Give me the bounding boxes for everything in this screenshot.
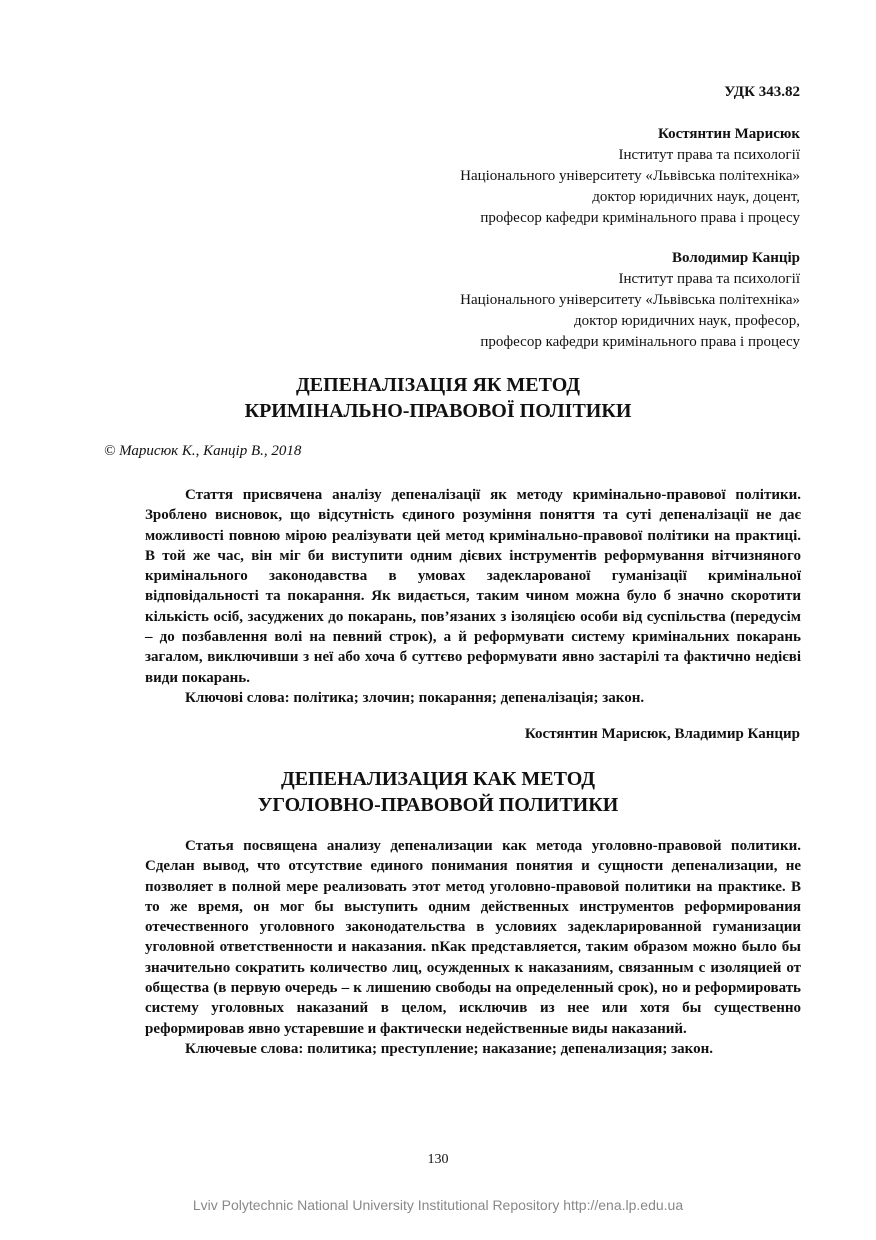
author-affiliation: Національного університету «Львівська по… xyxy=(460,166,800,187)
author-block-2: Володимир Канцір Інститут права та психо… xyxy=(460,248,800,353)
repository-footer: Lviv Polytechnic National University Ins… xyxy=(0,1197,876,1213)
abstract-ru: Статья посвящена анализу депенализации к… xyxy=(145,836,801,1059)
document-page: УДК 343.82 Костянтин Марисюк Інститут пр… xyxy=(0,0,876,1240)
keywords: Ключові слова: політика; злочин; покаран… xyxy=(145,688,801,708)
abstract-text: Статья посвящена анализу депенализации к… xyxy=(145,836,801,1039)
abstract-text: Стаття присвячена аналізу депеналізації … xyxy=(145,485,801,688)
title-line: ДЕПЕНАЛИЗАЦИЯ КАК МЕТОД xyxy=(0,766,876,792)
keywords: Ключевые слова: политика; преступление; … xyxy=(145,1039,801,1059)
title-line: ДЕПЕНАЛІЗАЦІЯ ЯК МЕТОД xyxy=(0,372,876,398)
abstract-ua: Стаття присвячена аналізу депеналізації … xyxy=(145,485,801,708)
author-position: професор кафедри кримінального права і п… xyxy=(460,208,800,229)
article-title-ua: ДЕПЕНАЛІЗАЦІЯ ЯК МЕТОД КРИМІНАЛЬНО-ПРАВО… xyxy=(0,372,876,424)
author-name: Володимир Канцір xyxy=(460,248,800,269)
author-position: професор кафедри кримінального права і п… xyxy=(460,332,800,353)
page-number: 130 xyxy=(0,1152,876,1168)
title-line: УГОЛОВНО-ПРАВОВОЙ ПОЛИТИКИ xyxy=(0,792,876,818)
author-name: Костянтин Марисюк xyxy=(460,124,800,145)
author-affiliation: Інститут права та психології xyxy=(460,269,800,290)
author-degree: доктор юридичних наук, доцент, xyxy=(460,187,800,208)
author-degree: доктор юридичних наук, професор, xyxy=(460,311,800,332)
author-affiliation: Інститут права та психології xyxy=(460,145,800,166)
udk-code: УДК 343.82 xyxy=(724,84,800,101)
copyright-notice: © Марисюк К., Канцір В., 2018 xyxy=(104,443,301,460)
title-line: КРИМІНАЛЬНО-ПРАВОВОЇ ПОЛІТИКИ xyxy=(0,398,876,424)
article-title-ru: ДЕПЕНАЛИЗАЦИЯ КАК МЕТОД УГОЛОВНО-ПРАВОВО… xyxy=(0,766,876,818)
authors-ru: Костянтин Марисюк, Владимир Канцир xyxy=(525,726,800,743)
author-affiliation: Національного університету «Львівська по… xyxy=(460,290,800,311)
author-block-1: Костянтин Марисюк Інститут права та псих… xyxy=(460,124,800,229)
